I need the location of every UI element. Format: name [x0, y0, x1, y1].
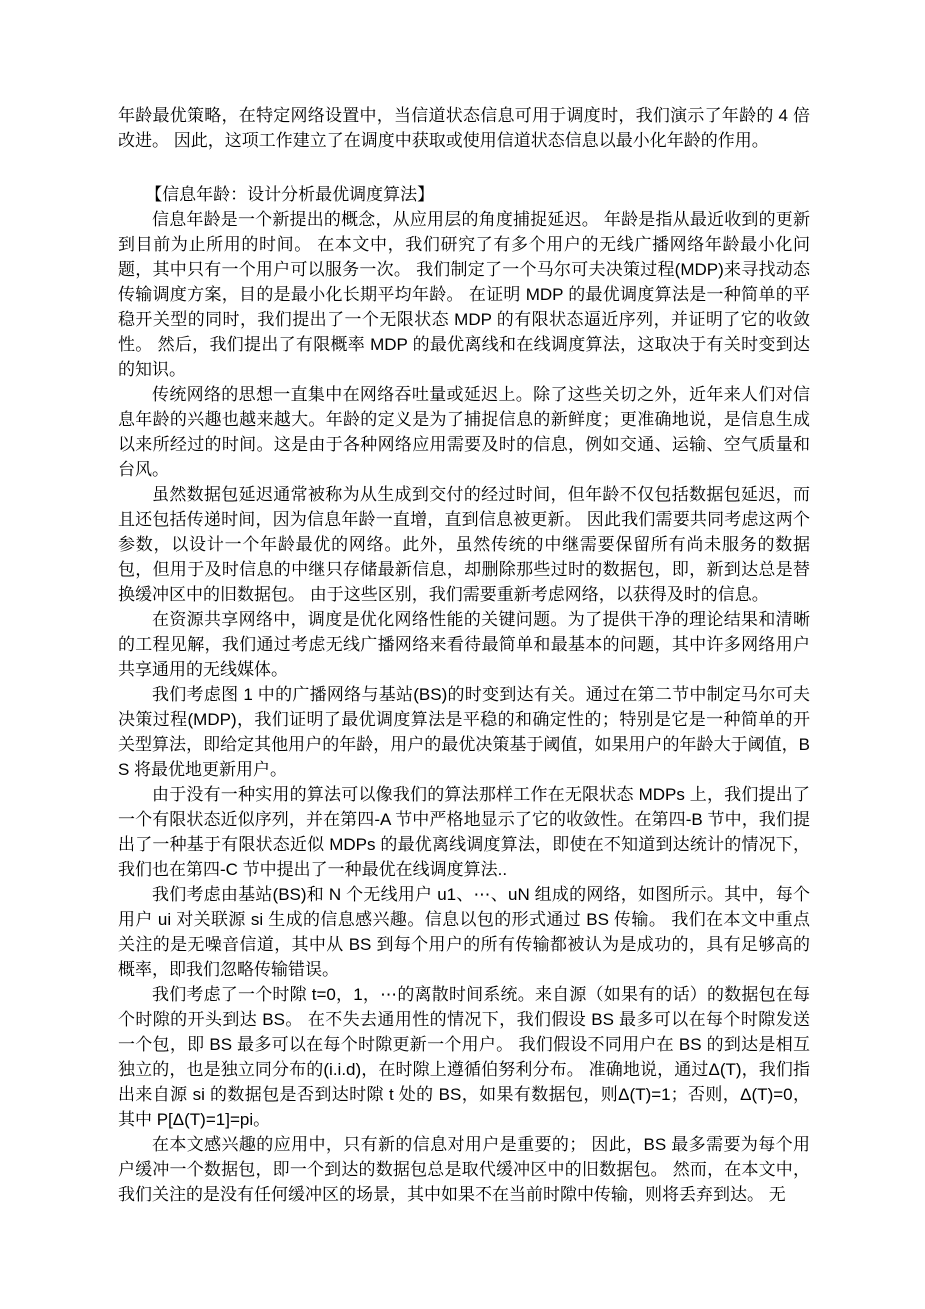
paragraph: 我们考虑了一个时隙 t=0，1，⋯的离散时间系统。来自源（如果有的话）的数据包在… — [118, 982, 810, 1132]
paragraph: 传统网络的思想一直集中在网络吞吐量或延迟上。除了这些关切之外，近年来人们对信息年… — [118, 382, 810, 482]
paragraph: 虽然数据包延迟通常被称为从生成到交付的经过时间，但年龄不仅包括数据包延迟，而且还… — [118, 482, 810, 607]
paragraph: 在资源共享网络中，调度是优化网络性能的关键问题。为了提供干净的理论结果和清晰的工… — [118, 607, 810, 682]
paragraph: 在本文感兴趣的应用中，只有新的信息对用户是重要的； 因此，BS 最多需要为每个用… — [118, 1132, 810, 1207]
paragraph: 我们考虑由基站(BS)和 N 个无线用户 u1、⋯、uN 组成的网络，如图所示。… — [118, 882, 810, 982]
section-heading: 【信息年龄：设计分析最优调度算法】 — [118, 182, 810, 207]
paragraph: 信息年龄是一个新提出的概念，从应用层的角度捕捉延迟。 年龄是指从最近收到的更新到… — [118, 207, 810, 382]
continuation-paragraph: 年龄最优策略，在特定网络设置中，当信道状态信息可用于调度时，我们演示了年龄的 4… — [118, 103, 810, 153]
document-page: 年龄最优策略，在特定网络设置中，当信道状态信息可用于调度时，我们演示了年龄的 4… — [118, 103, 810, 1207]
paragraph: 由于没有一种实用的算法可以像我们的算法那样工作在无限状态 MDPs 上，我们提出… — [118, 782, 810, 882]
paragraph-container: 信息年龄是一个新提出的概念，从应用层的角度捕捉延迟。 年龄是指从最近收到的更新到… — [118, 207, 810, 1207]
paragraph: 我们考虑图 1 中的广播网络与基站(BS)的时变到达有关。通过在第二节中制定马尔… — [118, 682, 810, 782]
